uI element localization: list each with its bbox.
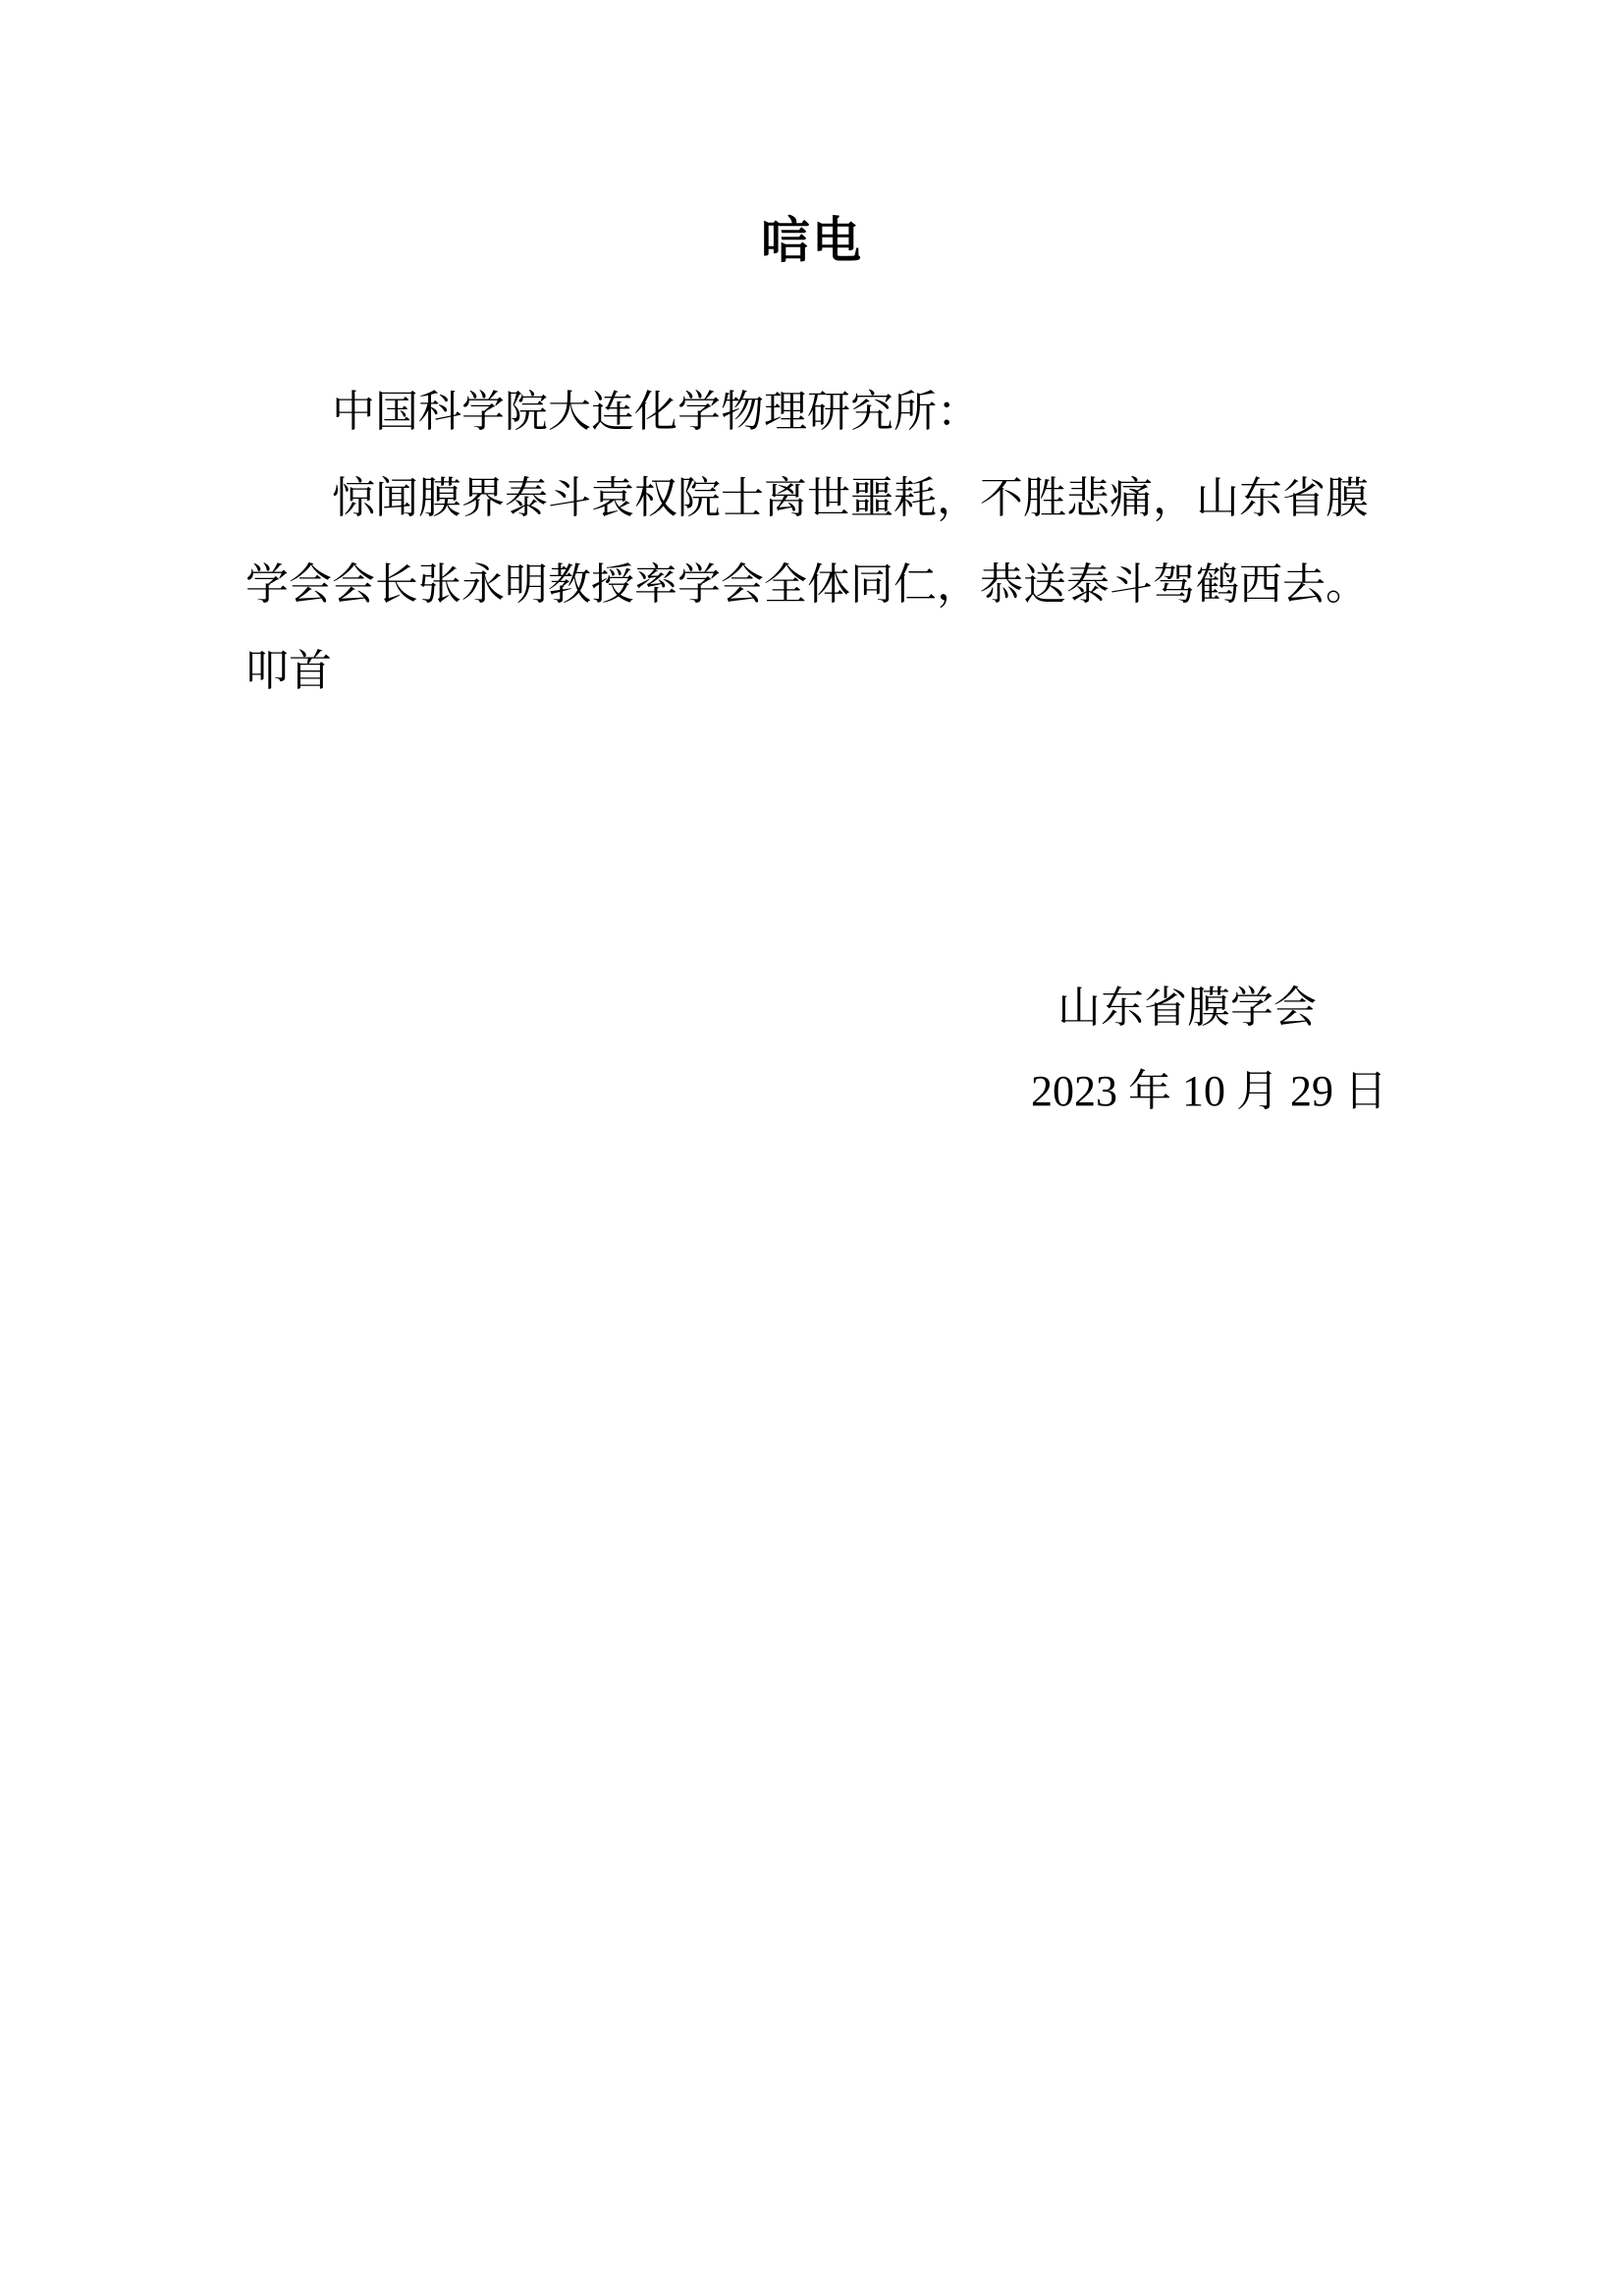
document-page: 唁电 中国科学院大连化学物理研究所： 惊闻膜界泰斗袁权院士离世噩耗，不胜悲痛，山… <box>0 0 1624 2296</box>
document-body: 中国科学院大连化学物理研究所： 惊闻膜界泰斗袁权院士离世噩耗，不胜悲痛，山东省膜… <box>245 369 1379 715</box>
body-line-1: 惊闻膜界泰斗袁权院士离世噩耗，不胜悲痛，山东省膜 <box>245 455 1379 542</box>
signature-line: 山东省膜学会 <box>1057 965 1317 1051</box>
recipient-line: 中国科学院大连化学物理研究所： <box>245 369 1379 455</box>
document-title: 唁电 <box>0 196 1624 285</box>
body-line-2: 学会会长张永明教授率学会全体同仁，恭送泰斗驾鹤西去。 <box>245 542 1379 628</box>
body-line-3: 叩首 <box>245 628 1379 715</box>
date-line: 2023 年 10 月 29 日 <box>1031 1048 1387 1135</box>
